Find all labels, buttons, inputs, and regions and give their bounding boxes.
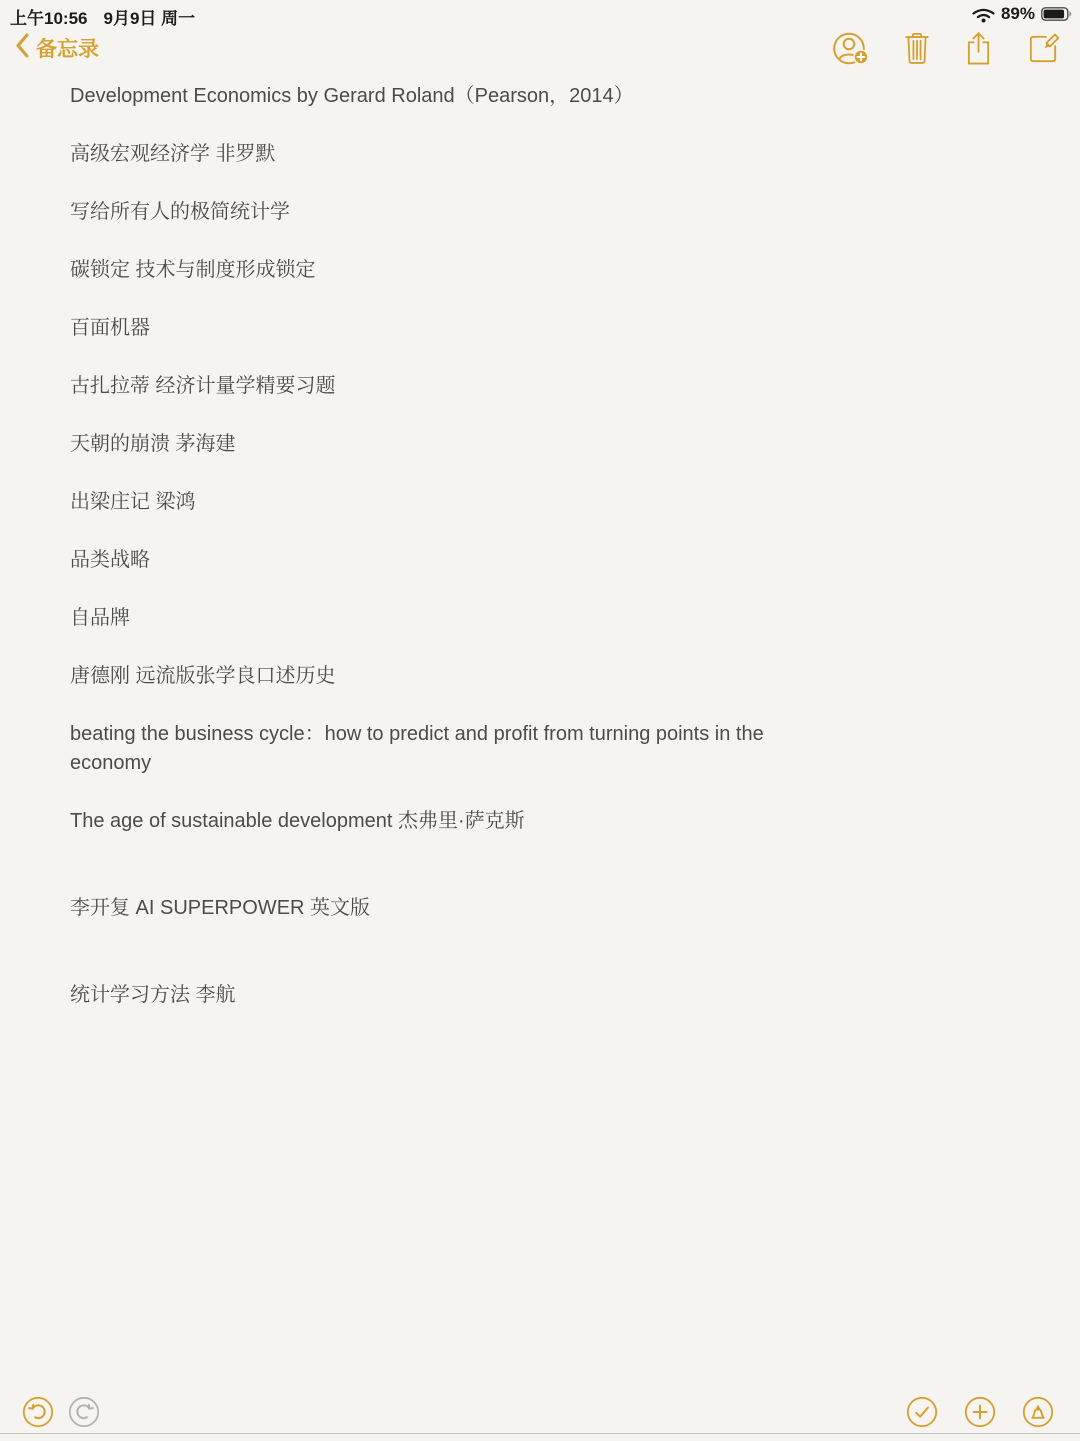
note-line: 自品牌 — [70, 604, 812, 633]
nav-actions — [830, 28, 1062, 74]
notes-app-screen: 上午10:56 9月9日 周一 89% — [0, 0, 1080, 1441]
note-line — [70, 401, 812, 430]
share-note-button[interactable] — [964, 30, 993, 72]
note-line — [70, 169, 812, 198]
note-line: The age of sustainable development 杰弗里·萨… — [70, 807, 812, 836]
redo-button[interactable] — [68, 1396, 100, 1433]
trash-icon — [902, 31, 932, 71]
markup-button[interactable] — [1022, 1396, 1054, 1433]
note-line — [70, 836, 812, 865]
note-line: 高级宏观经济学 非罗默 — [70, 140, 812, 169]
note-line — [70, 952, 812, 981]
back-button-label: 备忘录 — [36, 33, 99, 63]
plus-circle-icon — [964, 1396, 996, 1433]
status-time: 上午10:56 — [10, 4, 87, 29]
note-line — [70, 691, 812, 720]
check-circle-icon — [906, 1396, 938, 1433]
note-line — [70, 285, 812, 314]
note-line: 统计学习方法 李航 — [70, 981, 812, 1010]
marker-icon — [1022, 1396, 1054, 1433]
compose-icon — [1025, 30, 1062, 72]
note-line: beating the business cycle：how to predic… — [70, 720, 812, 778]
note-line — [70, 111, 812, 140]
note-line: 出梁庄记 梁鸿 — [70, 488, 812, 517]
delete-note-button[interactable] — [902, 31, 932, 71]
note-line — [70, 575, 812, 604]
add-collaborator-button[interactable] — [830, 29, 870, 74]
checklist-button[interactable] — [906, 1396, 938, 1433]
person-add-icon — [830, 29, 870, 74]
chevron-left-icon — [15, 33, 29, 63]
note-line — [70, 778, 812, 807]
note-body[interactable]: Development Economics by Gerard Roland（P… — [70, 82, 812, 1010]
nav-bar: 备忘录 — [0, 28, 1080, 74]
redo-icon — [68, 1396, 100, 1433]
battery-icon — [1041, 7, 1072, 21]
share-icon — [964, 30, 993, 72]
note-line — [70, 459, 812, 488]
note-line: 写给所有人的极简统计学 — [70, 198, 812, 227]
undo-button[interactable] — [22, 1396, 54, 1433]
undo-icon — [22, 1396, 54, 1433]
bottom-separator — [0, 1433, 1080, 1434]
new-note-button[interactable] — [1025, 30, 1062, 72]
status-time-date: 上午10:56 9月9日 周一 — [10, 4, 195, 29]
note-line — [70, 517, 812, 546]
note-line — [70, 343, 812, 372]
note-line — [70, 865, 812, 894]
back-button[interactable]: 备忘录 — [15, 33, 99, 63]
note-line: 古扎拉蒂 经济计量学精要习题 — [70, 372, 812, 401]
insert-button[interactable] — [964, 1396, 996, 1433]
wifi-icon — [972, 6, 995, 23]
status-bar: 上午10:56 9月9日 周一 89% — [0, 0, 1080, 26]
note-line: Development Economics by Gerard Roland（P… — [70, 82, 812, 111]
bottom-toolbar — [0, 1396, 1080, 1432]
note-line — [70, 923, 812, 952]
note-line — [70, 633, 812, 662]
status-date: 9月9日 周一 — [103, 4, 195, 29]
note-line: 李开复 AI SUPERPOWER 英文版 — [70, 894, 812, 923]
note-line: 百面机器 — [70, 314, 812, 343]
note-line — [70, 227, 812, 256]
note-line: 天朝的崩溃 茅海建 — [70, 430, 812, 459]
note-line: 唐德刚 远流版张学良口述历史 — [70, 662, 812, 691]
battery-percent: 89% — [1001, 4, 1035, 24]
note-line: 碳锁定 技术与制度形成锁定 — [70, 256, 812, 285]
note-line: 品类战略 — [70, 546, 812, 575]
